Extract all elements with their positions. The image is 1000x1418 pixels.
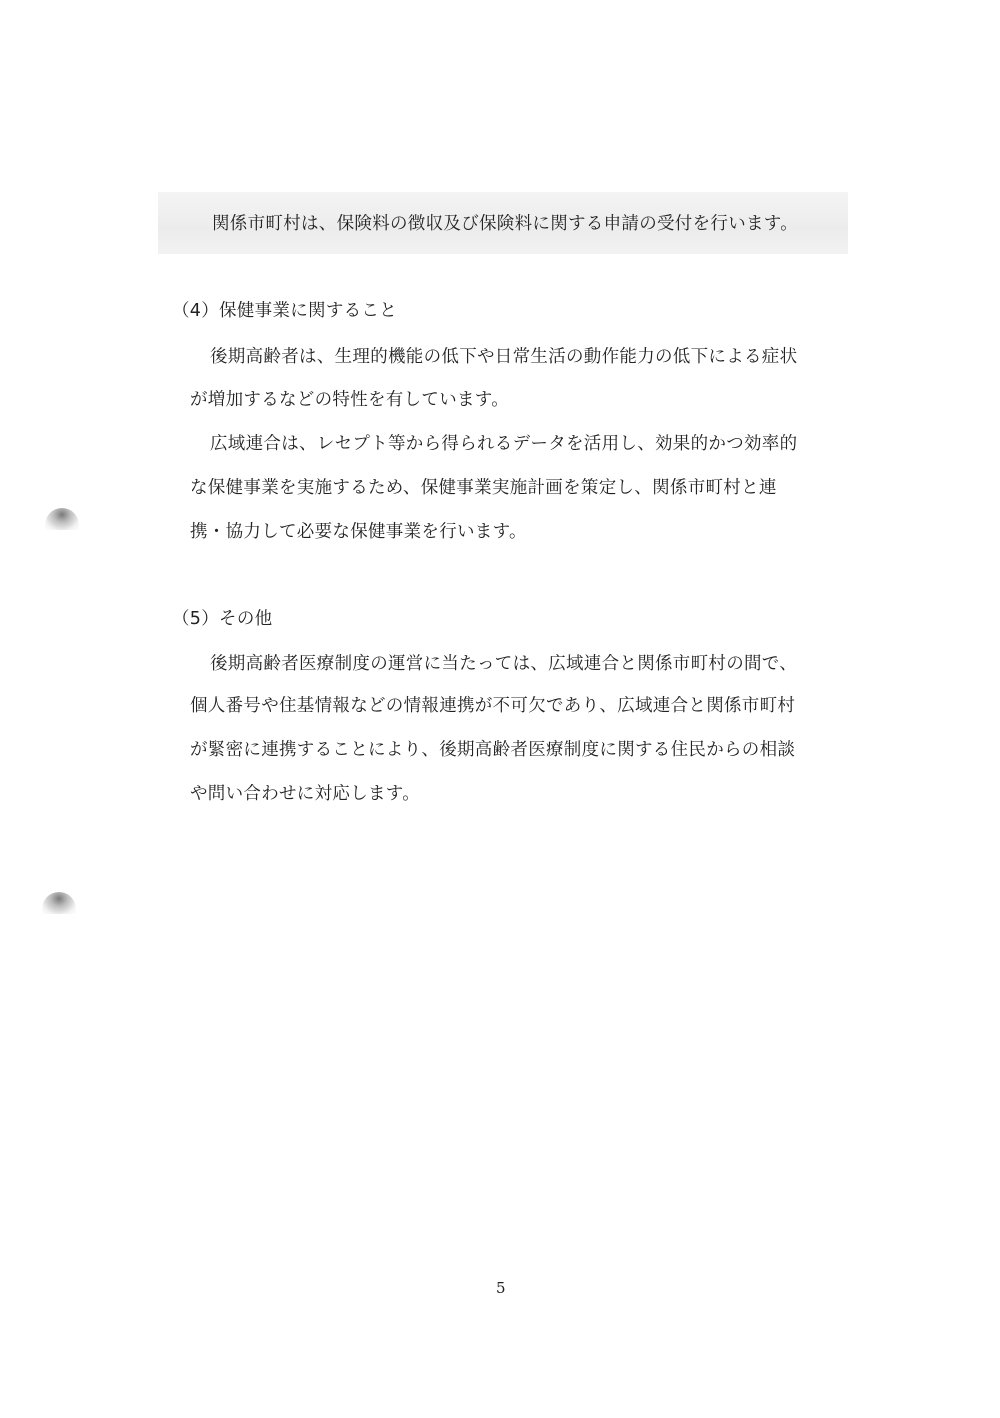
section-4-line-1: 後期高齢者は、生理的機能の低下や日常生活の動作能力の低下による症状 (210, 343, 797, 368)
section-4-line-4: な保健事業を実施するため、保健事業実施計画を策定し、関係市町村と連 (190, 474, 777, 499)
page-number: 5 (496, 1279, 506, 1297)
section-4-line-3: 広域連合は、レセプト等から得られるデータを活用し、効果的かつ効率的 (210, 430, 797, 455)
section-4-heading: （4）保健事業に関すること (172, 297, 397, 322)
punch-hole-mark (42, 892, 76, 914)
section-5-line-4: や問い合わせに対応します。 (190, 780, 420, 805)
section-5-line-3: が緊密に連携することにより、後期高齢者医療制度に関する住民からの相談 (190, 736, 795, 761)
section-5-line-1: 後期高齢者医療制度の運営に当たっては、広域連合と関係市町村の間で、 (210, 650, 797, 675)
section-4-line-5: 携・協力して必要な保健事業を行います。 (190, 518, 527, 543)
section-5-line-2: 個人番号や住基情報などの情報連携が不可欠であり、広域連合と関係市町村 (190, 692, 795, 717)
punch-hole-mark (45, 508, 79, 530)
section-5-heading: （5）その他 (172, 605, 272, 630)
intro-line: 関係市町村は、保険料の徴収及び保険料に関する申請の受付を行います。 (212, 210, 798, 235)
section-4-line-2: が増加するなどの特性を有しています。 (190, 386, 509, 411)
